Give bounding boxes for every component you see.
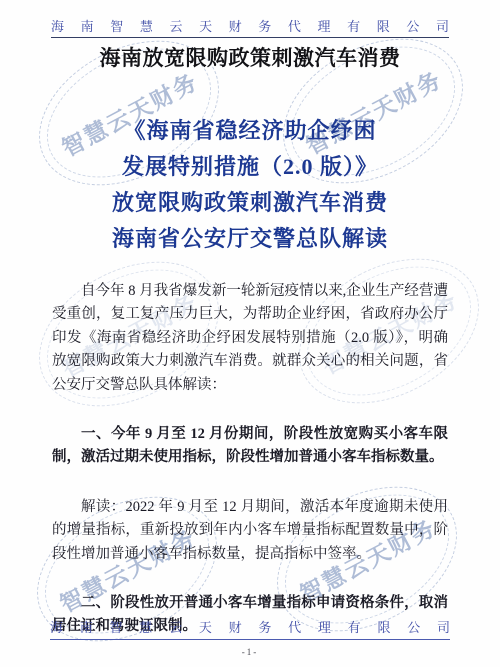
document-footer: 海 南 智 慧 云 天 财 务 代 理 有 限 公 司 [50, 621, 450, 640]
subtitle-line-4: 海南省公安厅交警总队解读 [0, 221, 500, 257]
page-number: -1- [0, 647, 500, 657]
document-page: 智慧云天财务 智慧云天财务 智慧云天财务 智慧云天财务 智慧云天财务 智慧云天财… [0, 0, 500, 667]
footer-company-name: 海 南 智 慧 云 天 财 务 代 理 有 限 公 司 [50, 621, 450, 635]
content-layer: 海 南 智 慧 云 天 财 务 代 理 有 限 公 司 海南放宽限购政策刺激汽车… [0, 0, 500, 667]
paragraph-interpretation-1: 解读：2022 年 9 月至 12 月期间，激活本年度逾期未使用的增量指标，重新… [52, 496, 448, 566]
subtitle-block: 《海南省稳经济助企纾困 发展特别措施（2.0 版）》 放宽限购政策刺激汽车消费 … [0, 113, 500, 257]
body-text: 自今年 8 月我省爆发新一轮新冠疫情以来,企业生产经营遭受重创，复工复产压力巨大… [52, 280, 448, 665]
header-company-name: 海 南 智 慧 云 天 财 务 代 理 有 限 公 司 [51, 20, 449, 34]
subtitle-line-2: 发展特别措施（2.0 版）》 [0, 149, 500, 185]
paragraph-point-1: 一、今年 9 月至 12 月份期间，阶段性放宽购买小客车限制，激活过期未使用指标… [52, 423, 448, 470]
subtitle-line-3: 放宽限购政策刺激汽车消费 [0, 185, 500, 221]
paragraph-intro: 自今年 8 月我省爆发新一轮新冠疫情以来,企业生产经营遭受重创，复工复产压力巨大… [52, 280, 448, 397]
document-header: 海 南 智 慧 云 天 财 务 代 理 有 限 公 司 [51, 20, 449, 38]
subtitle-line-1: 《海南省稳经济助企纾困 [0, 113, 500, 149]
main-title: 海南放宽限购政策刺激汽车消费 [0, 42, 500, 72]
